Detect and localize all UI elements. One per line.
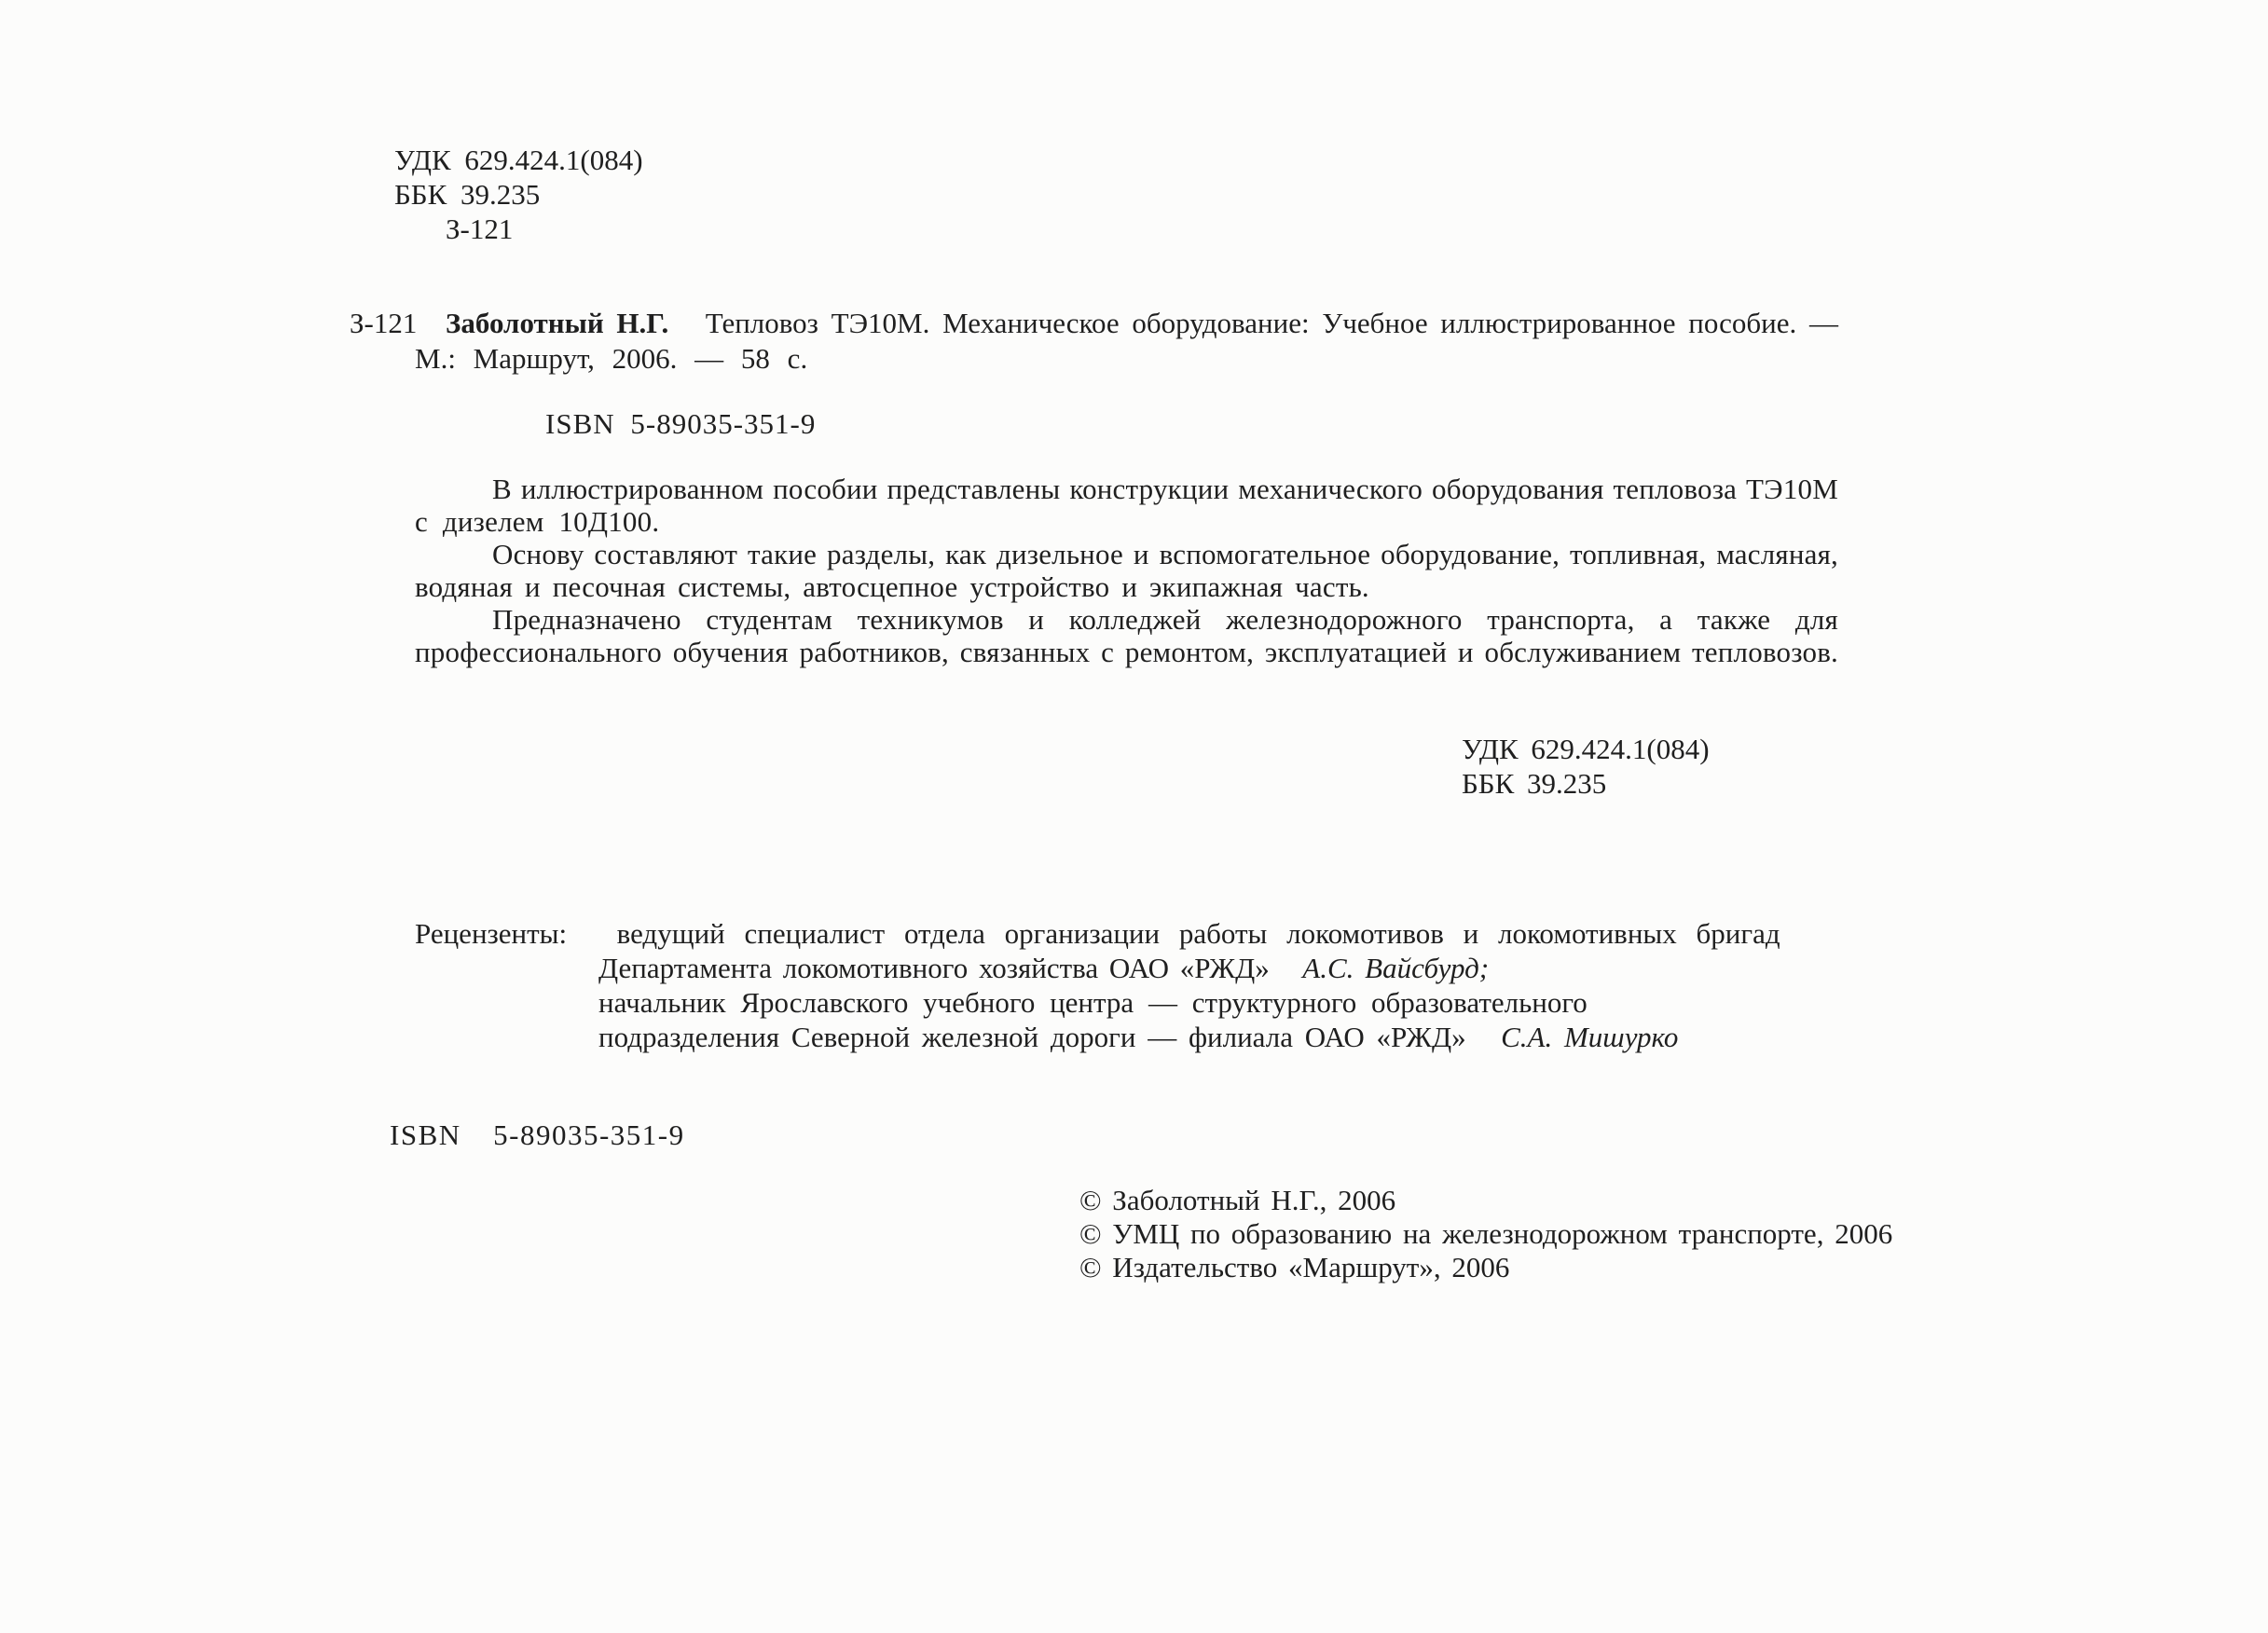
- bbk-repeat-line: ББК 39.235: [1462, 766, 1710, 801]
- annotation-line: профессионального обучения работников, с…: [415, 636, 1838, 668]
- reviewer-name-vaysburd: А.С. Вайсбурд;: [1302, 952, 1489, 984]
- catalog-entry: З-121 Заболотный Н.Г. Тепловоз ТЭ10М. Ме…: [415, 306, 1838, 377]
- reviewers-block: Рецензенты: ведущий специалист отдела ор…: [415, 916, 1780, 1054]
- top-classification-block: УДК 629.424.1(084) ББК 39.235 З-121: [394, 143, 643, 246]
- reviewer-name-mishurko: С.А. Мишурко: [1501, 1021, 1678, 1053]
- entry-imprint-line: М.: Маршрут, 2006. — 58 с.: [415, 341, 1838, 377]
- annotation-block: В иллюстрированном пособии представлены …: [415, 473, 1838, 668]
- copyright-line: © Издательство «Маршрут», 2006: [1079, 1251, 1892, 1284]
- book-imprint-page: УДК 629.424.1(084) ББК 39.235 З-121 З-12…: [0, 0, 2268, 1633]
- isbn-top-line: ISBN 5-89035-351-9: [545, 407, 816, 441]
- annotation-line: Основу составляют такие разделы, как диз…: [415, 538, 1838, 570]
- classification-repeat-block: УДК 629.424.1(084) ББК 39.235: [1462, 732, 1710, 801]
- annotation-line: водяная и песочная системы, автосцепное …: [415, 570, 1838, 603]
- copyright-line: © Заболотный Н.Г., 2006: [1079, 1184, 1892, 1217]
- author-code-line: З-121: [446, 212, 643, 246]
- udk-repeat-line: УДК 629.424.1(084): [1462, 732, 1710, 766]
- reviewer-line1-text: ведущий специалист отдела организации ра…: [617, 917, 1780, 950]
- bbk-line: ББК 39.235: [394, 177, 643, 212]
- udk-line: УДК 629.424.1(084): [394, 143, 643, 177]
- copyright-line: © УМЦ по образованию на железнодорожном …: [1079, 1217, 1892, 1251]
- reviewer-line4-text: подразделения Северной железной дороги —…: [598, 1021, 1466, 1053]
- copyright-block: © Заболотный Н.Г., 2006 © УМЦ по образов…: [1079, 1184, 1892, 1284]
- reviewer-line4: подразделения Северной железной дороги —…: [598, 1020, 1780, 1054]
- annotation-line: Предназначено студентам техникумов и кол…: [415, 603, 1838, 636]
- annotation-line: В иллюстрированном пособии представлены …: [415, 473, 1838, 505]
- entry-title: Тепловоз ТЭ10М. Механическое оборудовани…: [706, 307, 1838, 339]
- reviewer-line2: Департамента локомотивного хозяйства ОАО…: [598, 951, 1780, 985]
- reviewer-line1: Рецензенты: ведущий специалист отдела ор…: [415, 916, 1780, 951]
- entry-author: Заболотный Н.Г.: [446, 307, 668, 339]
- reviewer-line3: начальник Ярославского учебного центра —…: [598, 985, 1780, 1020]
- reviewers-label: Рецензенты:: [415, 917, 567, 950]
- catalog-entry-line1: З-121 Заболотный Н.Г. Тепловоз ТЭ10М. Ме…: [415, 306, 1838, 341]
- annotation-line: с дизелем 10Д100.: [415, 505, 1838, 538]
- reviewer-line2-text: Департамента локомотивного хозяйства ОАО…: [598, 952, 1270, 984]
- isbn-bottom-line: ISBN 5-89035-351-9: [390, 1118, 685, 1152]
- entry-code: З-121: [350, 306, 417, 341]
